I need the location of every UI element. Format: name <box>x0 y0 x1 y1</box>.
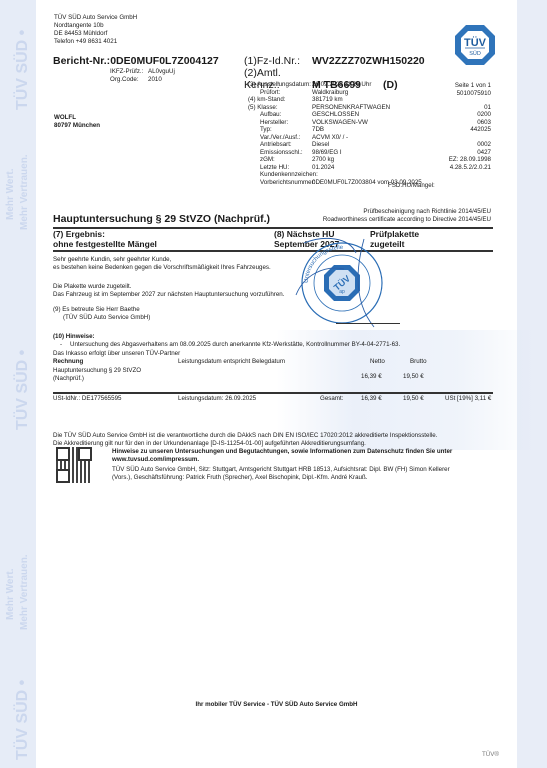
notes-item: -Untersuchung des Abgasverhaltens am 08.… <box>60 341 400 349</box>
impressum-link[interactable]: www.tuvsud.com/impressum. <box>112 456 512 464</box>
svg-text:SÜD: SÜD <box>469 50 481 57</box>
body-greeting: Sehr geehrte Kundin, sehr geehrter Kunde… <box>53 256 271 272</box>
notes-label: (10) Hinweise: <box>53 333 95 341</box>
customer-address: WOLFL 80797 München <box>54 114 100 130</box>
invoice-label: Rechnung <box>53 358 83 366</box>
issuer-city: DE 84453 Mühldorf <box>54 30 137 38</box>
invoice-item-brutto: 19,50 € <box>403 373 424 381</box>
report-number: Bericht-Nr.:0DE0MUF0L7Z004127 <box>53 55 219 67</box>
gesamt-brutto: 19,50 € <box>403 395 424 403</box>
body-inspector: (9) Es betreute Sie Herr Baethe (TÜV SÜD… <box>53 306 150 322</box>
report-meta: IKFZ-Prüfz.:AL0vguUj Org.Code:2010 <box>110 68 175 84</box>
result-block: (7) Ergebnis: ohne festgestellte Mängel <box>53 229 157 249</box>
page-title: Hauptuntersuchung § 29 StVZO (Nachprüf.) <box>53 213 270 225</box>
tuv-sud-logo-icon: TÜV SÜD <box>454 24 496 66</box>
issuer-name: TÜV SÜD Auto Service GmbH <box>54 14 137 22</box>
tuv-brand-mark: TÜV® <box>482 751 499 759</box>
side-banner-left: TÜV SÜD • Mehr Wert. Mehr Vertrauen. TÜV… <box>0 0 36 768</box>
detail-code: 442025 <box>470 126 491 134</box>
invoice-date-note: Leistungsdatum entspricht Belegdatum <box>178 358 285 366</box>
invoice-divider <box>53 392 493 394</box>
ust-id: USt-IdNr.: DE177565595 <box>53 395 121 403</box>
svg-text:TÜV SÜD •: TÜV SÜD • <box>12 29 31 110</box>
gesamt-netto: 16,39 € <box>361 395 382 403</box>
signature-line <box>336 323 400 324</box>
page-number: Seite 1 von 1 <box>455 82 491 90</box>
svg-text:TÜV SÜD •: TÜV SÜD • <box>12 349 31 430</box>
certificate-note: Prüfbescheinigung nach Richtlinie 2014/4… <box>323 208 491 224</box>
page-info: Seite 1 von 1 5010075910 <box>455 82 491 98</box>
invoice-brutto-header: Brutto <box>410 358 427 366</box>
fsd-label: FSD.HU/Mangel: <box>388 182 435 190</box>
svg-text:Mehr Wert.: Mehr Wert. <box>5 168 16 220</box>
doc-number: 5010075910 <box>455 90 491 98</box>
notes-inkasso: Das Inkasso erfolgt über unseren TÜV-Par… <box>53 350 180 358</box>
svg-text:TÜV SÜD •: TÜV SÜD • <box>12 679 31 760</box>
invoice-netto-header: Netto <box>370 358 385 366</box>
accreditation-text: Die TÜV SÜD Auto Service GmbH ist die ve… <box>53 432 503 448</box>
ust-amount: USt [19%] 3,11 € <box>445 395 491 403</box>
leistungsdatum: Leistungsdatum: 26.09.2025 <box>178 395 256 403</box>
company-info: TÜV SÜD Auto Service GmbH, Sitz: Stuttga… <box>112 466 512 482</box>
result-label: (7) Ergebnis: <box>53 229 157 239</box>
invoice-item: Hauptuntersuchung § 29 StVZO (Nachprüf.) <box>53 367 141 383</box>
result-divider <box>53 250 493 252</box>
svg-text:Mehr Vertrauen.: Mehr Vertrauen. <box>19 554 30 630</box>
customer-city: 80797 München <box>54 122 100 130</box>
svg-text:TÜV: TÜV <box>464 36 487 49</box>
issuer-street: Nordtangente 10b <box>54 22 137 30</box>
footer-tagline: Ihr mobiler TÜV Service - TÜV SÜD Auto S… <box>36 701 517 709</box>
fz-id-row: (1)Fz-Id.Nr.:WV2ZZZ70ZWH150220 <box>244 55 425 67</box>
inspection-stamp-icon: Untersuchungsstelle TÜV ap <box>294 235 390 331</box>
qr-code-icon[interactable] <box>56 447 92 483</box>
result-value: ohne festgestellte Mängel <box>53 239 157 249</box>
body-plakette: Die Plakette wurde zugeteilt. Das Fahrze… <box>53 283 284 299</box>
invoice-item-netto: 16,39 € <box>361 373 382 381</box>
inspection-report-page: TÜV SÜD Auto Service GmbH Nordtangente 1… <box>36 0 517 768</box>
detail-code: 4.28.5.2/2.0.21 <box>450 164 491 172</box>
gesamt-label: Gesamt: <box>320 395 343 403</box>
customer-name: WOLFL <box>54 114 100 122</box>
svg-text:ap: ap <box>339 289 345 295</box>
svg-text:Mehr Vertrauen.: Mehr Vertrauen. <box>19 154 30 230</box>
issuer-address: TÜV SÜD Auto Service GmbH Nordtangente 1… <box>54 14 137 46</box>
svg-text:Mehr Wert.: Mehr Wert. <box>5 568 16 620</box>
privacy-text: Hinweise zu unseren Untersuchungen und B… <box>112 448 512 464</box>
side-banner-text: TÜV SÜD • Mehr Wert. Mehr Vertrauen. TÜV… <box>0 0 36 768</box>
issuer-phone: Telefon +49 8631 4021 <box>54 38 137 46</box>
